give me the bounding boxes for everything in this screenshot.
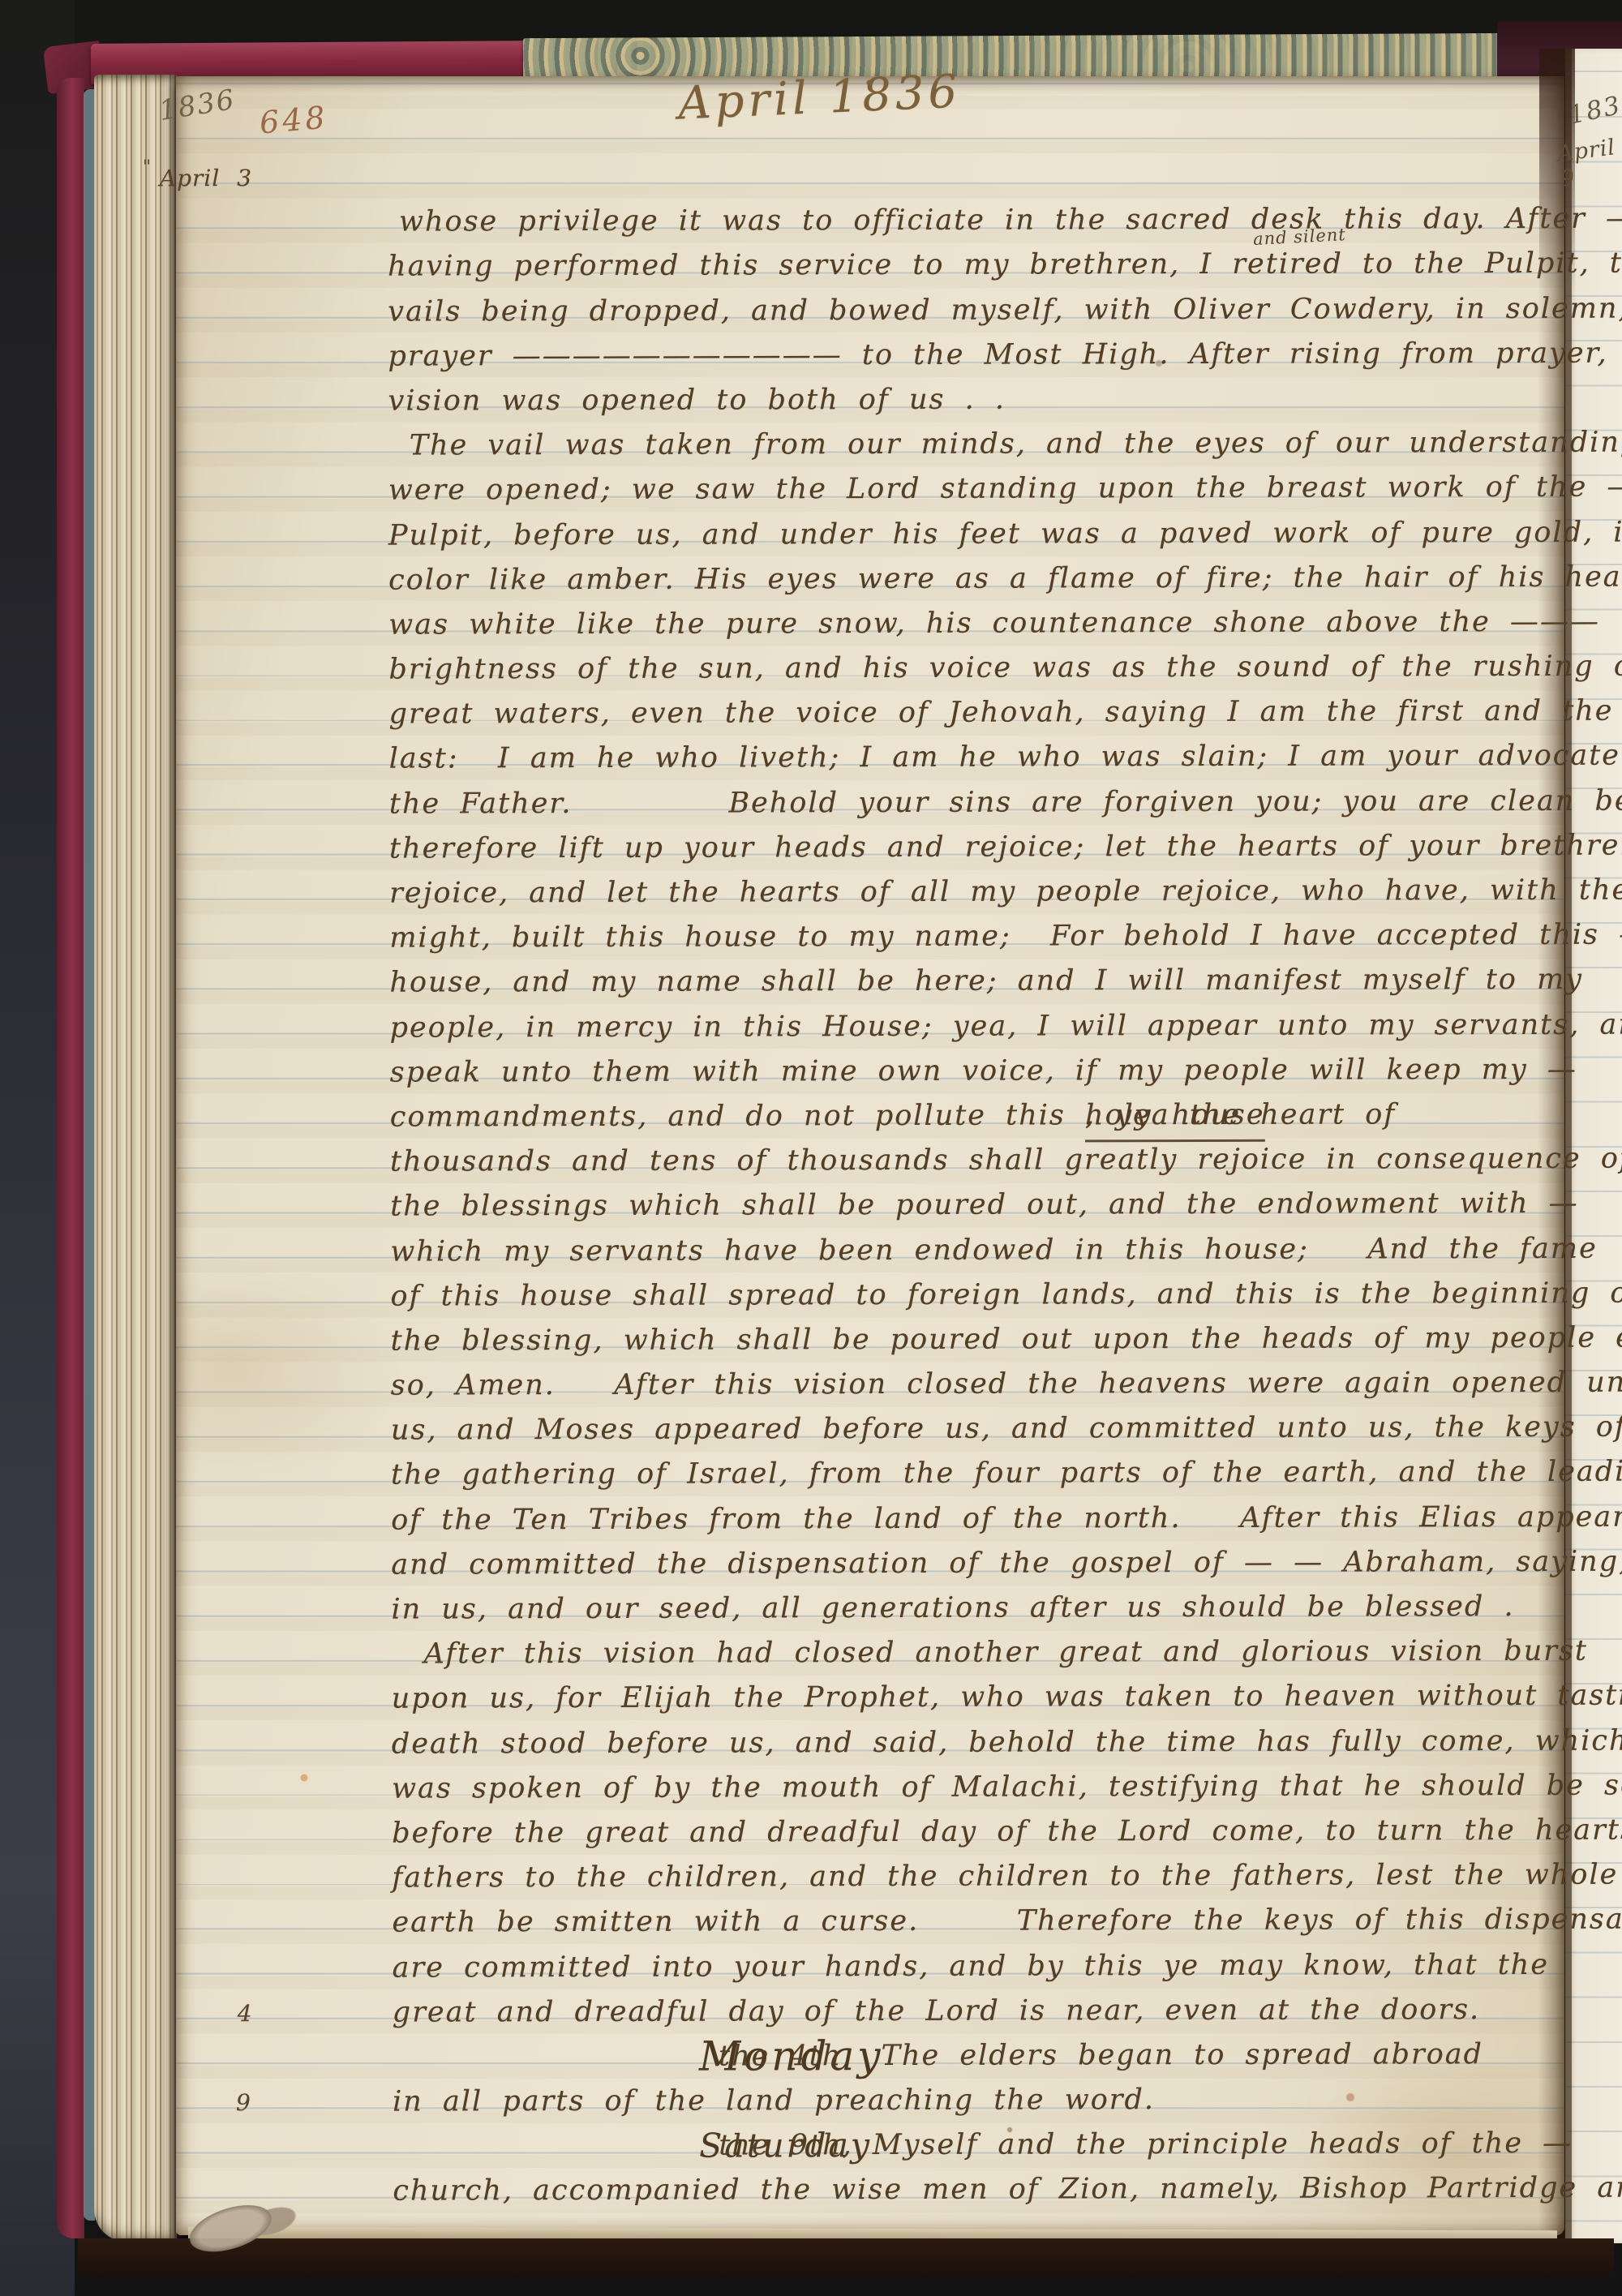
manuscript-line: was spoken of by the mouth of Malachi, t…	[235, 1719, 1533, 1766]
manuscript-line: before the great and dreadful day of the…	[235, 1764, 1533, 1812]
manuscript-line: April 3whose privilege it was to officia…	[231, 152, 1529, 200]
manuscript-line: in all parts of the land preaching the w…	[236, 2032, 1534, 2080]
manuscript-line: great waters, even the voice of Jehovah,…	[232, 645, 1530, 693]
manuscript-line: The vail was taken from our minds, and t…	[231, 376, 1529, 424]
next-page-date: April 9	[1556, 134, 1622, 191]
manuscript-line: speak unto them with mine own voice, if …	[233, 1002, 1530, 1050]
manuscript-line: upon us, for Elijah the Prophet, who was…	[235, 1629, 1533, 1677]
margin-note: 4	[238, 1991, 253, 2036]
manuscript-line: prayer ——————————— to the Most High. Aft…	[231, 286, 1529, 334]
manuscript-line: was white like the pure snow, his counte…	[232, 556, 1530, 603]
stacked-page-edges	[94, 75, 177, 2242]
manuscript-line: the gathering of Israel, from the four p…	[234, 1405, 1532, 1453]
manuscript-line: and committed the dispensation of the go…	[234, 1496, 1532, 1543]
manuscript-line: thousands and tens of thousands shall gr…	[234, 1092, 1531, 1140]
manuscript-text-block: April 3whose privilege it was to officia…	[231, 152, 1534, 2170]
manuscript-line: the blessings which shall be poured out,…	[234, 1137, 1531, 1185]
manuscript-line: fathers to the children, and the childre…	[235, 1809, 1533, 1856]
manuscript-line: in us, and our seed, all generations aft…	[234, 1540, 1532, 1588]
manuscript-line: of this house shall spread to foreign la…	[234, 1226, 1531, 1274]
journal-scan: 1836 648 April 1836 " April 3whose privi…	[0, 0, 1622, 2296]
book-cover-left-edge	[57, 78, 84, 2238]
margin-note: 9	[236, 2080, 251, 2125]
manuscript-line: house, and my name shall be here; and I …	[233, 913, 1530, 961]
manuscript-line: might, built this house to my name; For …	[233, 869, 1530, 916]
margin-quote-tick: "	[143, 157, 151, 178]
manuscript-line: Pulpit, before us, and under his feet wa…	[232, 466, 1530, 513]
manuscript-line: 4Monday the 4th The elders began to spre…	[236, 1988, 1534, 2036]
line-text: church, accompanied the wise men of Zion…	[393, 2166, 1622, 2214]
manuscript-line: 9Saturday the 9th, Myself and the princi…	[236, 2077, 1534, 2125]
manuscript-line: vails being dropped, and bowed myself, w…	[231, 242, 1529, 290]
manuscript-line: are committed into your hands, and by th…	[235, 1898, 1533, 1946]
manuscript-line: church, accompanied the wise men of Zion…	[236, 2122, 1534, 2169]
manuscript-line: so, Amen. After this vision closed the h…	[234, 1316, 1532, 1364]
manuscript-line: the blessing, which shall be poured out …	[234, 1272, 1531, 1320]
manuscript-line: therefore lift up your heads and rejoice…	[233, 779, 1530, 827]
manuscript-line: After this vision had closed another gre…	[234, 1585, 1532, 1633]
manuscript-line: vision was opened to both of us . .	[231, 332, 1529, 380]
manuscript-line: color like amber. His eyes were as a fla…	[232, 510, 1530, 558]
margin-note: April 3	[160, 156, 252, 201]
manuscript-line: rejoice, and let the hearts of all my pe…	[233, 824, 1530, 872]
manuscript-line: of the Ten Tribes from the land of the n…	[234, 1450, 1532, 1498]
manuscript-line: commandments, and do not pollute this ho…	[234, 1048, 1531, 1096]
manuscript-line: death stood before us, and said, behold …	[235, 1674, 1533, 1722]
manuscript-line: us, and Moses appeared before us, and co…	[234, 1361, 1532, 1409]
manuscript-line: last: I am he who liveth; I am he who wa…	[232, 689, 1530, 737]
manuscript-line: brightness of the sun, and his voice was…	[232, 600, 1530, 648]
book-cover-lining	[84, 89, 95, 2221]
manuscript-line: great and dreadful day of the Lord is ne…	[236, 1942, 1534, 1990]
manuscript-line: which my servants have been endowed in t…	[234, 1182, 1531, 1230]
manuscript-line: were opened; we saw the Lord standing up…	[232, 421, 1530, 469]
manuscript-line: earth be smitten with a curse. Therefore…	[235, 1853, 1533, 1901]
manuscript-line: the Father. Behold your sins are forgive…	[233, 734, 1530, 782]
manuscript-line: people, in mercy in this House; yea, I w…	[233, 958, 1530, 1006]
page-number: 648	[258, 99, 329, 140]
